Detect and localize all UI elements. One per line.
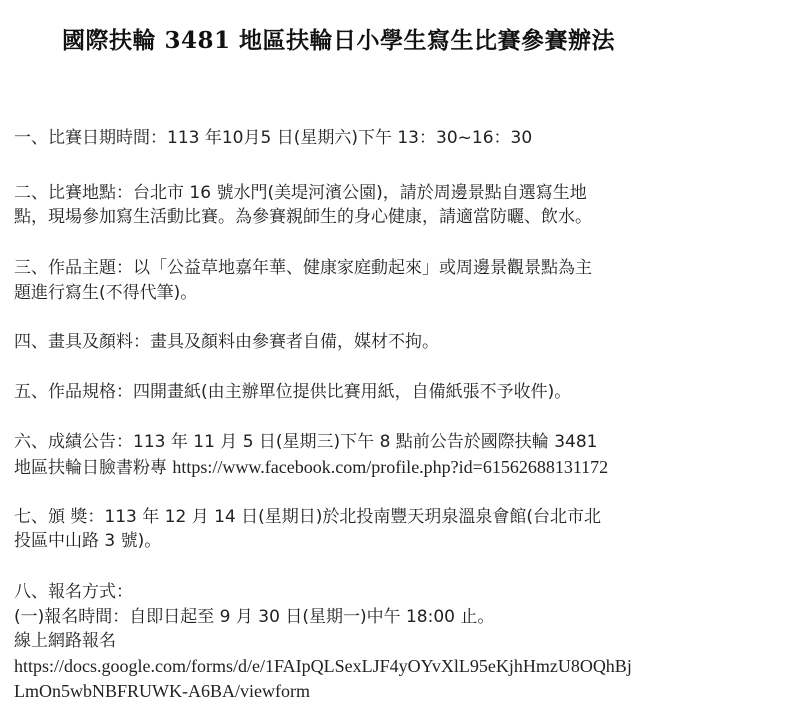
section-7-awards-line-1: 七、頒 獎：113 年 12 月 14 日(星期日)於北投南豐天玥泉溫泉會館(台… [14,506,601,528]
facebook-link[interactable]: https://www.facebook.com/profile.php?id=… [172,457,608,477]
section-8-registration-heading: 八、報名方式： [14,581,133,603]
section-8-online-registration-label: 線上網路報名 [14,630,116,652]
section-6-results-line-1: 六、成績公告：113 年 11 月 5 日(星期三)下午 8 點前公告於國際扶輪… [14,431,597,453]
section-2-location-line-1: 二、比賽地點：台北市 16 號水門(美堤河濱公園)，請於周邊景點自選寫生地 [14,182,587,204]
section-4-materials: 四、畫具及顏料：畫具及顏料由參賽者自備，媒材不拘。 [14,331,439,353]
section-3-theme-line-2: 題進行寫生(不得代筆)。 [14,282,197,304]
page-title: 國際扶輪 3481 地區扶輪日小學生寫生比賽參賽辦法 [62,22,615,55]
registration-form-link-line-2[interactable]: LmOn5wbNBFRUWK-A6BA/viewform [14,680,310,702]
section-7-awards-line-2: 投區中山路 3 號)。 [14,530,161,552]
registration-form-link-line-1[interactable]: https://docs.google.com/forms/d/e/1FAIpQ… [14,655,632,677]
section-5-specifications: 五、作品規格：四開畫紙(由主辦單位提供比賽用紙，自備紙張不予收件)。 [14,381,571,403]
section-8-registration-period: (一)報名時間：自即日起至 9 月 30 日(星期一)中午 18:00 止。 [14,606,494,628]
section-3-theme-line-1: 三、作品主題：以「公益草地嘉年華、健康家庭動起來」或周邊景觀景點為主 [14,257,592,279]
facebook-page-label: 地區扶輪日臉書粉專 [14,458,167,478]
section-2-location-line-2: 點，現場參加寫生活動比賽。為參賽親師生的身心健康，請適當防曬、飲水。 [14,206,592,228]
section-1-date-time: 一、比賽日期時間：113 年10月5 日(星期六)下午 13：30~16：30 [14,127,532,149]
section-6-results-line-2: 地區扶輪日臉書粉專 https://www.facebook.com/profi… [14,456,608,479]
